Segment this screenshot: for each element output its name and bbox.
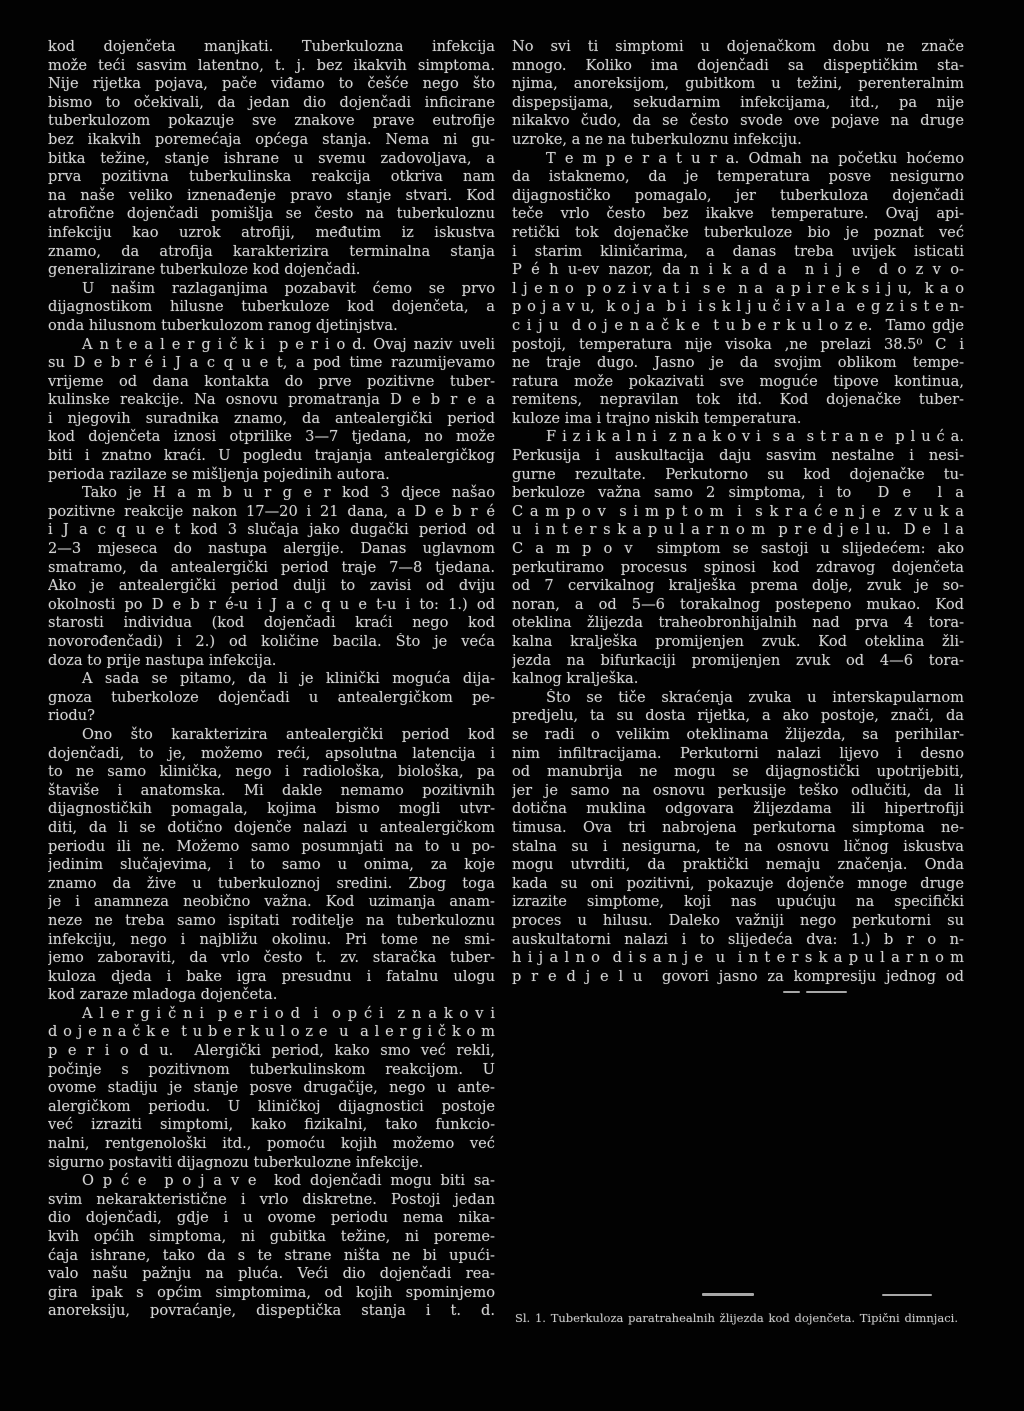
text-line: jer je samo na osnovu perkusije teško od… [512, 782, 964, 801]
text-line: gurne rezultate. Perkutorno su kod dojen… [512, 466, 964, 485]
text-line: remitens, nepravilan tok itd. Kod dojena… [512, 391, 964, 410]
text-line: znamo da žive u tuberkuloznoj sredini. Z… [48, 875, 495, 894]
text-line: p o j a v u, k o j a b i i s k l j u č i… [512, 298, 964, 317]
text-line: gnoza tuberkoloze dojenčadi u antealergi… [48, 689, 495, 708]
text-line: dio dojenčadi, gdje i u ovome periodu ne… [48, 1209, 495, 1228]
text-line: onda hilusnom tuberkulozom ranog djetinj… [48, 317, 495, 336]
right-text-column: No svi ti simptomi u dojenačkom dobu ne … [512, 38, 964, 986]
text-line: tuberkulozom pokazuje sve znakove prave … [48, 112, 495, 131]
text-line: kulinske reakcije. Na osnovu promatranja… [48, 391, 495, 410]
text-line: C a m p o v s i m p t o m i s k r a ć e … [512, 503, 964, 522]
text-line: alergičkom periodu. U kliničkoj dijagnos… [48, 1098, 495, 1117]
text-line: jezda na bifurkaciji promijenjen zvuk od… [512, 652, 964, 671]
text-line: kalna kralješka promijenjen zvuk. Kod ot… [512, 633, 964, 652]
text-line: oteklina žlijezda traheobronhijalnih nad… [512, 614, 964, 633]
text-line: je i anamneza neobično važna. Kod uziman… [48, 893, 495, 912]
text-line: mnogo. Koliko ima dojenčadi sa dispeptič… [512, 57, 964, 76]
text-line: već izraziti simptomi, kako fizikalni, t… [48, 1116, 495, 1135]
text-line: neze ne treba samo ispitati roditelje na… [48, 912, 495, 931]
film-scratch-mark [882, 1294, 932, 1296]
text-line: l j e n o p o z i v a t i s e n a a p i … [512, 280, 964, 299]
text-line: sigurno postaviti dijagnozu tuberkulozne… [48, 1154, 495, 1173]
text-line: prva pozitivna tuberkulinska reakcija ot… [48, 168, 495, 187]
text-line: kod dojenčeta manjkati. Tuberkulozna inf… [48, 38, 495, 57]
text-line: valo našu pažnju na pluća. Veći dio doje… [48, 1265, 495, 1284]
text-line: ratura može pokazivati sve moguće tipove… [512, 373, 964, 392]
text-line: Ako je antealergički period dulji to zav… [48, 577, 495, 596]
text-line: perioda razilaze se mišljenja pojedinih … [48, 466, 495, 485]
text-line: novorođenčadi) i 2.) od količine bacila.… [48, 633, 495, 652]
text-line: počinje s pozitivnom tuberkulinskom reak… [48, 1061, 495, 1080]
text-line: kvih općih simptoma, ni gubitka težine, … [48, 1228, 495, 1247]
text-line: jemo zaboraviti, da vrlo često t. zv. st… [48, 949, 495, 968]
text-line: riodu? [48, 707, 495, 726]
text-line: svim nekarakteristične i vrlo diskretne.… [48, 1191, 495, 1210]
text-line: dijagnostičko pomagalo, jer tuberkuloza … [512, 187, 964, 206]
text-line: uzroke, a ne na tuberkuloznu infekciju. [512, 131, 964, 150]
text-line: timusa. Ova tri nabrojena perkutorna sim… [512, 819, 964, 838]
text-line: na naše veliko iznenađenje pravo stanje … [48, 187, 495, 206]
text-line: štaviše i anatomska. Mi dakle nemamo poz… [48, 782, 495, 801]
text-line: Ono što karakterizira antealergički peri… [48, 726, 495, 745]
left-text-column: kod dojenčeta manjkati. Tuberkulozna inf… [48, 38, 495, 1321]
text-line: postoji, temperatura nije visoka ,ne pre… [512, 336, 964, 355]
xray-figure [512, 996, 964, 1302]
text-line: od 7 cervikalnog kralješka prema dolje, … [512, 577, 964, 596]
text-line: ćaja ishrane, tako da s te strane ništa … [48, 1247, 495, 1266]
text-line: gira ipak s općim simptomima, od kojih s… [48, 1284, 495, 1303]
text-line: kuloza djeda i bake igra presudnu i fata… [48, 968, 495, 987]
text-line: auskultatorni nalazi i to slijedeća dva:… [512, 931, 964, 950]
text-line: periodu ili ne. Možemo samo posumnjati n… [48, 838, 495, 857]
text-line: 2—3 mjeseca do nastupa alergije. Danas u… [48, 540, 495, 559]
text-line: dojenčadi, to je, možemo reći, apsolutna… [48, 745, 495, 764]
text-line: generalizirane tuberkuloze kod dojenčadi… [48, 261, 495, 280]
text-line: stalna su i nesigurna, te na osnovu ličn… [512, 838, 964, 857]
text-line: Nije rijetka pojava, pače viđamo to češć… [48, 75, 495, 94]
text-line: doza to prije nastupa infekcija. [48, 652, 495, 671]
text-line: O p ć e p o j a v e kod dojenčadi mogu b… [48, 1172, 495, 1191]
text-line: se radi o velikim oteklinama žlijezda, s… [512, 726, 964, 745]
text-line: i starim kliničarima, a danas treba uvij… [512, 243, 964, 262]
text-line: T e m p e r a t u r a. Odmah na početku … [512, 150, 964, 169]
text-line: infekciju kao uzrok atrofiji, međutim iz… [48, 224, 495, 243]
text-line: od manubrija ne mogu se dijagnostički up… [512, 763, 964, 782]
text-line: d o j e n a č k e t u b e r k u l o z e … [48, 1023, 495, 1042]
text-line: okolnosti po D e b r é-u i J a c q u e t… [48, 596, 495, 615]
text-line: U našim razlaganjima pozabavit ćemo se p… [48, 280, 495, 299]
text-line: mogu utvrditi, da praktički nemaju znače… [512, 856, 964, 875]
text-line: Perkusija i auskultacija daju sasvim nes… [512, 447, 964, 466]
text-line: dispepsijama, sekudarnim infekcijama, it… [512, 94, 964, 113]
text-line: jedinim slučajevima, i to samo u onima, … [48, 856, 495, 875]
text-line: teče vrlo često bez ikakve temperature. … [512, 205, 964, 224]
text-line: perkutiramo procesus spinosi kod zdravog… [512, 559, 964, 578]
text-line: F i z i k a l n i z n a k o v i s a s t … [512, 428, 964, 447]
text-line: nalni, rentgenološki itd., pomoću kojih … [48, 1135, 495, 1154]
text-line: kalnog kralješka. [512, 670, 964, 689]
text-line: retički tok dojenačke tuberkuloze bio je… [512, 224, 964, 243]
text-line: No svi ti simptomi u dojenačkom dobu ne … [512, 38, 964, 57]
text-line: ne traje dugo. Jasno je da svojim obliko… [512, 354, 964, 373]
text-line: u i n t e r s k a p u l a r n o m p r e … [512, 521, 964, 540]
text-line: Tako je H a m b u r g e r kod 3 djece na… [48, 484, 495, 503]
text-line: P é h u-ev nazor, da n i k a d a n i j e… [512, 261, 964, 280]
text-line: dijagnostičkih pomagala, kojima bismo mo… [48, 800, 495, 819]
text-line: znamo, da atrofija karakterizira termina… [48, 243, 495, 262]
figure-caption: Sl. 1. Tuberkuloza paratrahealnih žlijez… [515, 1310, 958, 1327]
text-line: bismo to očekivali, da jedan dio dojenča… [48, 94, 495, 113]
text-line: da istaknemo, da je temperatura posve ne… [512, 168, 964, 187]
text-line: predjelu, ta su dosta rijetka, a ako pos… [512, 707, 964, 726]
text-line: kuloze ima i trajno niskih temperatura. [512, 410, 964, 429]
text-line: bitka težine, stanje ishrane u svemu zad… [48, 150, 495, 169]
text-line: bez ikakvih poremećaja općega stanja. Ne… [48, 131, 495, 150]
text-line: infekciju, nego i najbližu okolinu. Pri … [48, 931, 495, 950]
text-line: p r e d j e l u govori jasno za kompresi… [512, 968, 964, 987]
text-line: noran, a od 5—6 torakalnog postepeno muk… [512, 596, 964, 615]
text-line: su D e b r é i J a c q u e t, a pod time… [48, 354, 495, 373]
text-line: izrazite simptome, koji nas upućuju na s… [512, 893, 964, 912]
text-line: nim infiltracijama. Perkutorni nalazi li… [512, 745, 964, 764]
text-line: kod zaraze mladoga dojenčeta. [48, 986, 495, 1005]
text-line: kada su oni pozitivni, pokazuje dojenče … [512, 875, 964, 894]
text-line: pozitivne reakcije nakon 17—20 i 21 dana… [48, 503, 495, 522]
scanned-book-page: kod dojenčeta manjkati. Tuberkulozna inf… [0, 0, 1024, 1411]
text-line: i J a c q u e t kod 3 slučaja jako dugač… [48, 521, 495, 540]
text-line: proces u hilusu. Daleko važniji nego per… [512, 912, 964, 931]
text-line: c i j u d o j e n a č k e t u b e r k u … [512, 317, 964, 336]
text-line: vrijeme od dana kontakta do prve pozitiv… [48, 373, 495, 392]
text-line: nikakvo čudo, da se često svode ove poja… [512, 112, 964, 131]
text-line: anoreksiju, povraćanje, dispeptička stan… [48, 1302, 495, 1321]
text-line: A n t e a l e r g i č k i p e r i o d. O… [48, 336, 495, 355]
film-scratch-mark [783, 991, 800, 993]
text-line: i njegovih suradnika znamo, da antealerg… [48, 410, 495, 429]
film-scratch-mark [806, 991, 847, 993]
text-line: smatramo, da antealergički period traje … [48, 559, 495, 578]
text-line: A sada se pitamo, da li je klinički mogu… [48, 670, 495, 689]
text-line: dotična muklina odgovara žlijezdama ili … [512, 800, 964, 819]
text-line: može teći sasvim latentno, t. j. bez ika… [48, 57, 495, 76]
text-line: berkuloze važna samo 2 simptoma, i to D … [512, 484, 964, 503]
text-line: dijagnostikom hilusne tuberkuloze kod do… [48, 298, 495, 317]
text-line: atrofične dojenčadi pomišlja se često na… [48, 205, 495, 224]
text-line: ovome stadiju je stanje posve drugačije,… [48, 1079, 495, 1098]
text-line: A l e r g i č n i p e r i o d i o p ć i … [48, 1005, 495, 1024]
text-line: h i j a l n o d i s a n j e u i n t e r … [512, 949, 964, 968]
text-line: starosti individua (kod dojenčadi kraći … [48, 614, 495, 633]
text-line: njima, anoreksijom, gubitkom u težini, p… [512, 75, 964, 94]
text-line: kod dojenčeta iznosi otprilike 3—7 tjeda… [48, 428, 495, 447]
text-line: biti i znatno kraći. U pogledu trajanja … [48, 447, 495, 466]
film-scratch-mark [702, 1293, 754, 1296]
text-line: Što se tiče skraćenja zvuka u interskapu… [512, 689, 964, 708]
text-line: p e r i o d u. Alergički period, kako sm… [48, 1042, 495, 1061]
text-line: diti, da li se dotično dojenče nalazi u … [48, 819, 495, 838]
text-line: to ne samo klinička, nego i radiološka, … [48, 763, 495, 782]
text-line: C a m p o v simptom se sastoji u slijede… [512, 540, 964, 559]
